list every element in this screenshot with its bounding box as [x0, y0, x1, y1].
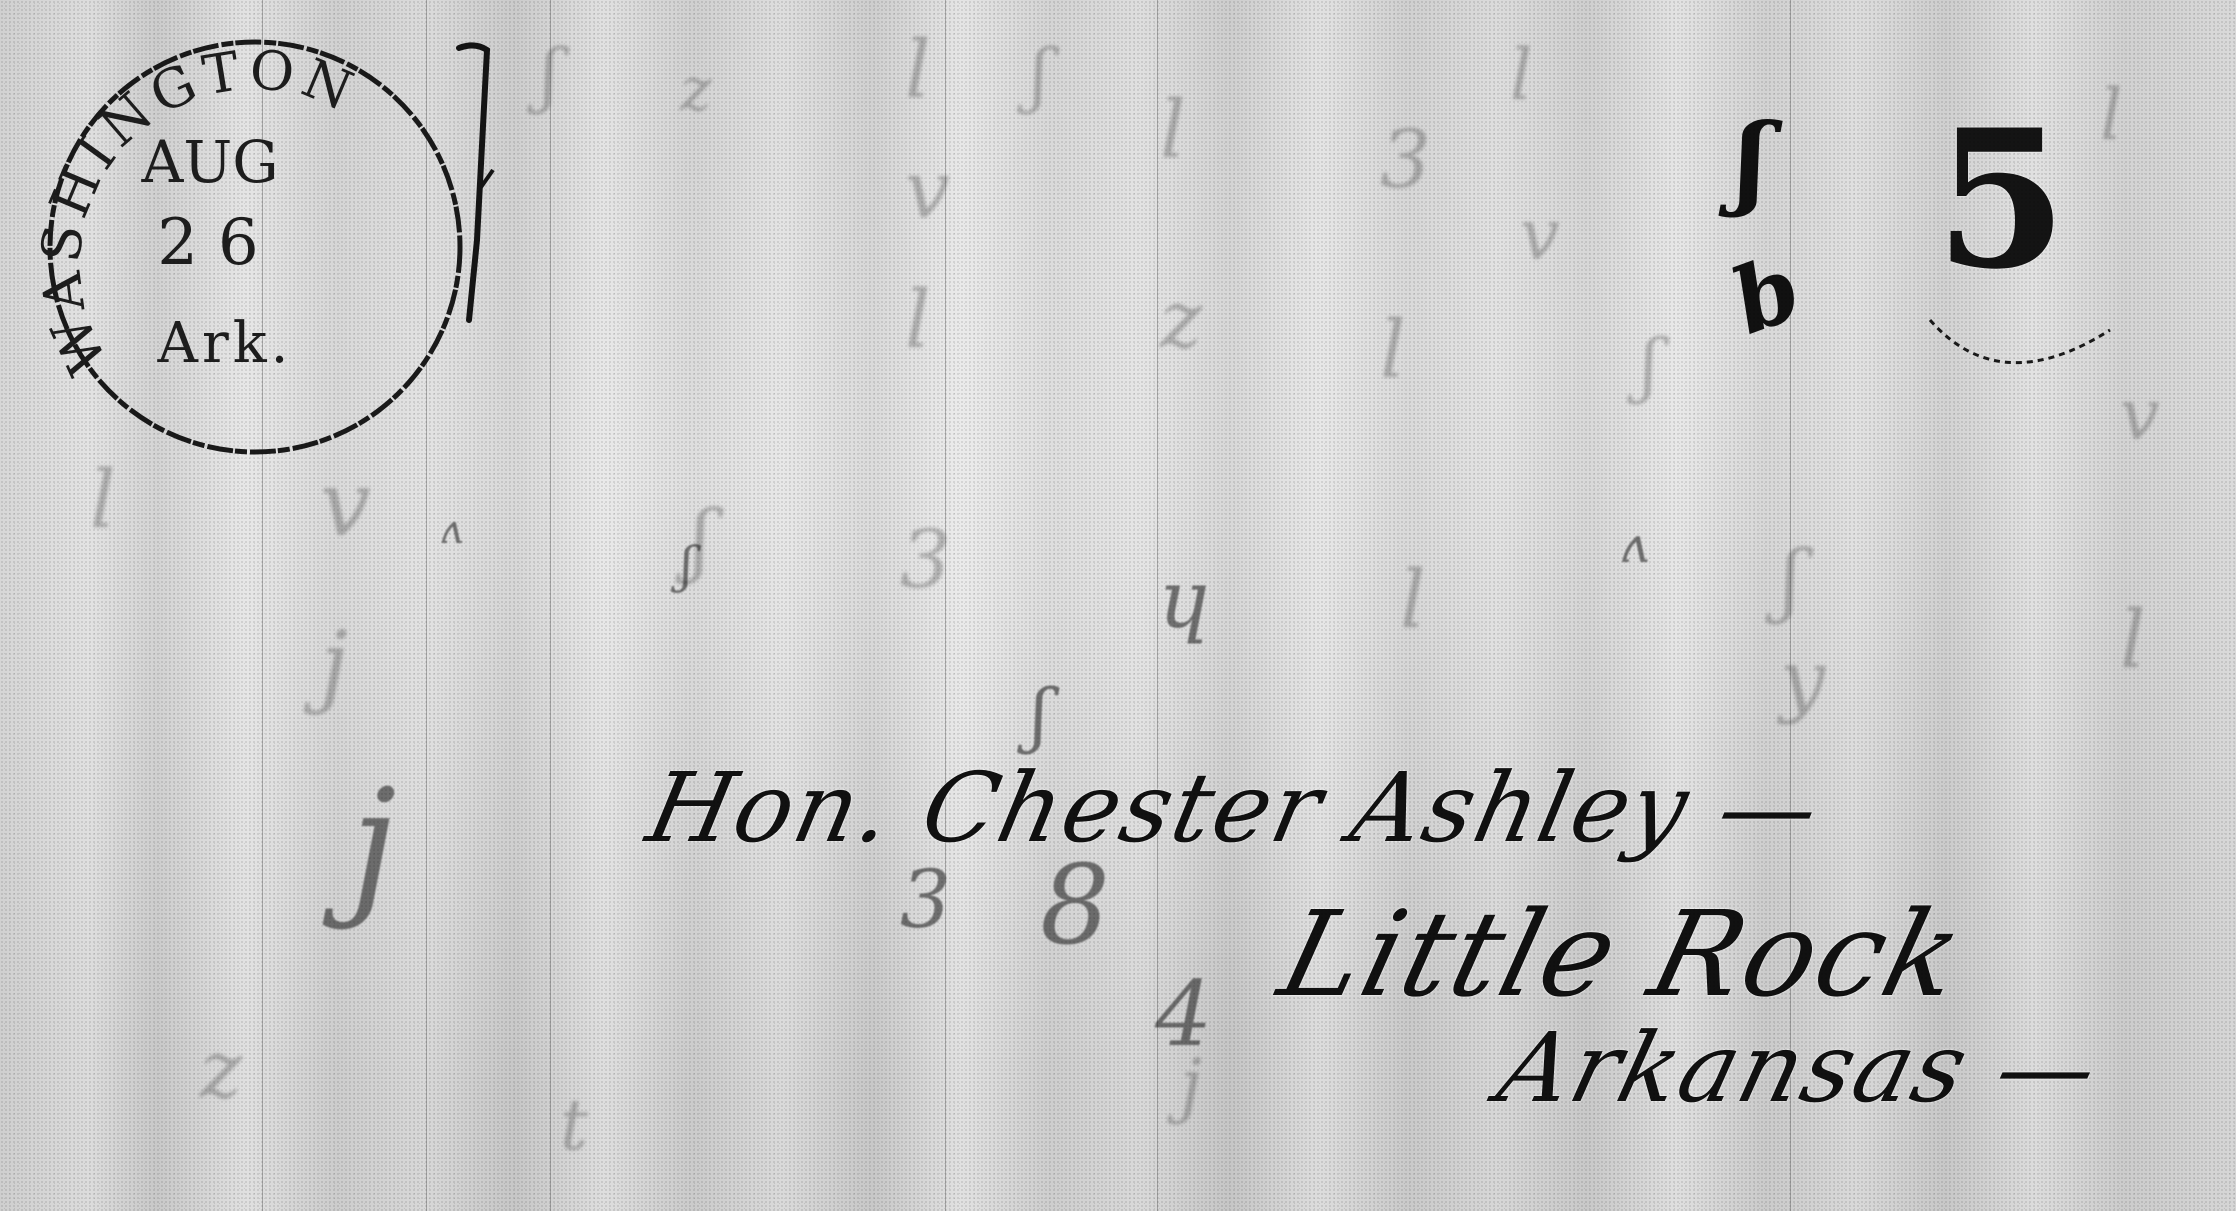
address-line-city: Little Rock: [1270, 895, 1975, 1013]
postmark-day: 26: [157, 206, 278, 280]
postmark-state: Ark.: [157, 311, 293, 376]
postmark-month: AUG: [140, 128, 278, 196]
address-line-state: Arkansas —: [1490, 1020, 2109, 1116]
crease-line: [1157, 0, 1158, 1211]
town-postmark: WASHINGTON AUG 26 Ark.: [40, 32, 470, 462]
postmark-circle-icon: WASHINGTON AUG 26 Ark.: [40, 32, 470, 462]
manuscript-stroke-icon: [455, 40, 495, 330]
crease-line: [550, 0, 551, 1211]
manuscript-mark-upper: ʃ: [1735, 110, 1768, 210]
rate-circle-arc-icon: [1910, 250, 2140, 400]
crease-line: [945, 0, 946, 1211]
address-line-addressee: Hon. Chester Ashley —: [640, 760, 1829, 856]
letter-cover: ʃ z l v l ʃ l z 3 l l v ʃ l v l v j ʃ 3 …: [0, 0, 2236, 1211]
manuscript-mark-lower: b: [1722, 242, 1812, 348]
